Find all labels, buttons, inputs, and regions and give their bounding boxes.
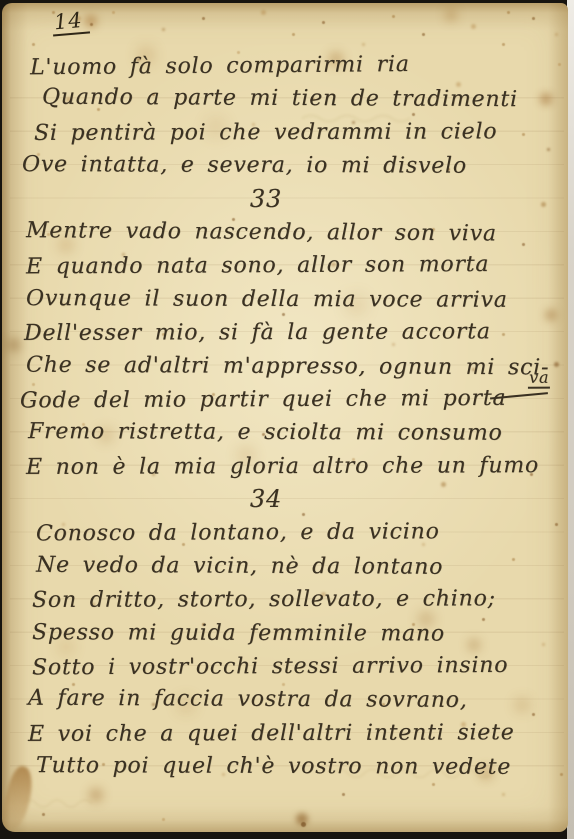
verse-line-text: Gode del mio partir quei che mi porta (20, 386, 507, 414)
verse-line: Che se ad'altri m'appresso, ognun mi sci… (26, 348, 558, 384)
foxing-blotches (2, 3, 10, 11)
page-edge-sliver (567, 0, 574, 839)
verse-line: Gode del mio partir quei che mi portava (20, 381, 558, 417)
verse-line: E voi che a quei dell'altri intenti siet… (28, 716, 558, 751)
verse-line: Ne vedo da vicin, nè da lontano (36, 548, 558, 584)
manuscript-photo: 14 L'uomo fà solo comparirmi ria Quando … (0, 0, 574, 839)
verse-line: A fare in faccia vostra da sovrano, (28, 682, 558, 718)
manuscript-text: L'uomo fà solo comparirmi ria Quando a p… (26, 49, 558, 784)
foxing-specks (2, 3, 5, 6)
verse-line: Spesso mi guida femminile mano (32, 616, 558, 651)
verse-line: Ove intatta, e severa, io mi disvelo (22, 148, 558, 183)
verse-line: L'uomo fà solo comparirmi ria (30, 47, 558, 85)
verse-line: Conosco da lontano, e da vicino (36, 515, 558, 551)
inline-correction: va (506, 383, 550, 405)
verse-line: Son dritto, storto, sollevato, e chino; (32, 582, 558, 617)
verse-line: Mentre vado nascendo, allor son viva (26, 214, 558, 251)
verse-line: Tutto poi quel ch'è vostro non vedete (36, 749, 558, 784)
verse-line: Sotto i vostr'occhi stessi arrivo insino (32, 649, 558, 685)
verse-line: Ovunque il suon della mia voce arriva (26, 282, 558, 317)
riddle-number-34: 34 (2, 483, 532, 516)
verse-line: Si pentirà poi che vedrammi in cielo (34, 115, 558, 150)
verse-line: Quando a parte mi tien de tradimenti (42, 81, 558, 117)
superscript-correction: va (528, 369, 550, 389)
verse-line: Dell'esser mio, si fà la gente accorta (24, 315, 558, 350)
riddle-number-33: 33 (2, 183, 532, 216)
verse-line: Fremo ristretta, e sciolta mi consumo (28, 415, 558, 450)
manuscript-page: 14 L'uomo fà solo comparirmi ria Quando … (2, 3, 568, 832)
verse-line: E quando nata sono, allor son morta (26, 248, 558, 284)
verse-line: E non è la mia gloria altro che un fumo (26, 449, 558, 484)
page-number: 14 (51, 7, 90, 36)
